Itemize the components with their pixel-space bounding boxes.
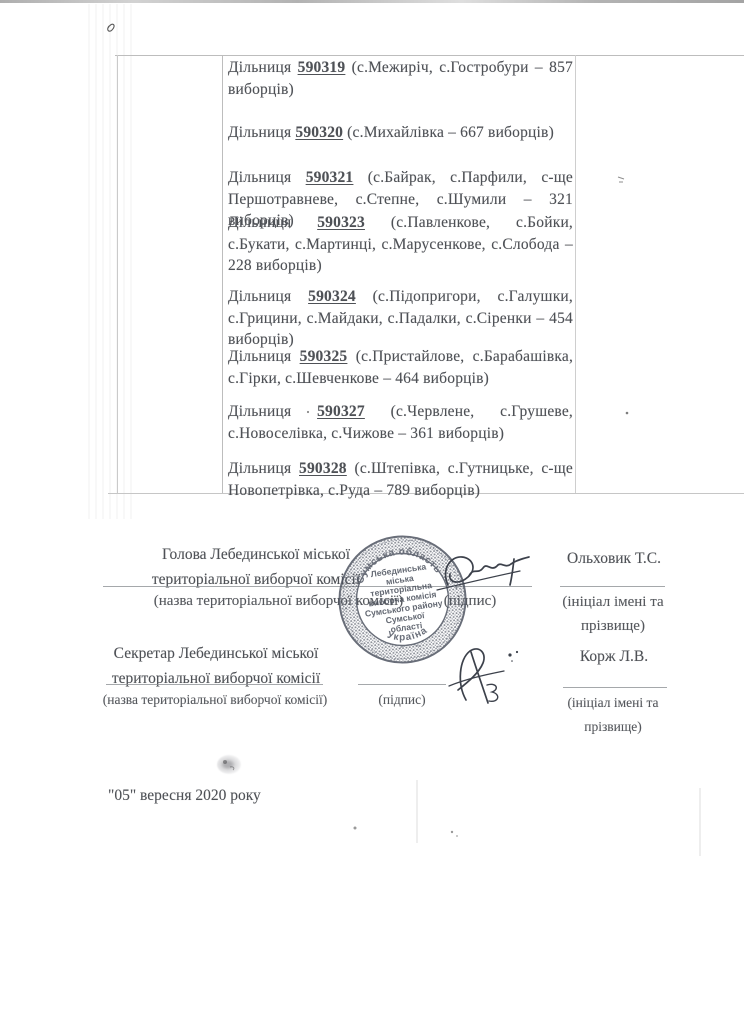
secretary-name-caption: (назва територіальної виборчої комісії) <box>100 688 330 712</box>
district-number: 590321 <box>306 169 354 186</box>
district-entry: Дільниця 590325 (с.Пристайлове, с.Бараба… <box>228 346 573 389</box>
secretary-title-line1: Секретар Лебединської міської <box>105 641 327 666</box>
scanned-document-page: Дільниця 590319 (с.Межиріч, с.Гостробури… <box>0 0 744 1024</box>
secretary-person-name: Корж Л.В. <box>553 644 675 669</box>
district-number: 590324 <box>308 288 356 305</box>
chairman-person-name: Ольховик Т.С. <box>553 546 675 571</box>
scan-streaks-artifact <box>88 4 132 519</box>
scan-edge-artifact <box>0 0 744 3</box>
district-number: 590320 <box>295 124 343 141</box>
stamp-arc-bottom-text: Україна <box>384 624 430 646</box>
district-entry: Дільниця 590327 (с.Червлене, с.Грушеве, … <box>228 401 573 444</box>
chairman-title: Голова Лебединської міської територіальн… <box>136 542 376 592</box>
chairman-sign-line <box>455 586 532 587</box>
secretary-person-caption-line2: прізвище) <box>552 715 674 739</box>
chairman-title-line1: Голова Лебединської міської <box>136 542 376 567</box>
district-label: Дільниця <box>228 460 291 477</box>
chairman-person-caption: (ініціал імені та прізвище) <box>552 590 674 638</box>
secretary-sign-line <box>358 684 446 685</box>
district-label: Дільниця <box>228 59 291 76</box>
table-column-divider-right <box>575 55 576 493</box>
district-entry: Дільниця 590320 (с.Михайлівка – 667 вибо… <box>228 122 573 144</box>
district-number: 590328 <box>299 460 347 477</box>
secretary-person-caption: (ініціал імені та прізвище) <box>552 691 674 739</box>
stamp-bottom-flourish <box>398 643 420 650</box>
district-entry: Дільниця 590328 (с.Штепівка, с.Гутницьке… <box>228 458 573 501</box>
district-label: Дільниця <box>228 403 291 420</box>
chairman-sign-caption: (підпис) <box>428 589 512 613</box>
chairman-person-caption-line1: (ініціал імені та <box>552 590 674 614</box>
table-column-divider-left <box>222 55 223 493</box>
chairman-person-caption-line2: прізвище) <box>552 614 674 638</box>
district-label: Дільниця <box>228 348 291 365</box>
table-top-border <box>115 55 744 56</box>
secretary-signature <box>449 649 518 703</box>
district-details: (с.Михайлівка – 667 виборців) <box>347 124 554 141</box>
district-label: Дільниця <box>228 169 291 186</box>
district-entry: Дільниця 590319 (с.Межиріч, с.Гостробури… <box>228 57 573 100</box>
district-number: 590325 <box>300 348 348 365</box>
district-label: Дільниця <box>228 214 291 231</box>
secretary-person-line <box>563 687 667 688</box>
district-label: Дільниця <box>228 124 291 141</box>
district-number: 590327 <box>317 403 365 420</box>
table-left-border <box>117 55 118 493</box>
district-number: 590323 <box>317 214 365 231</box>
document-date: "05" вересня 2020 року <box>108 787 261 805</box>
district-number: 590319 <box>298 59 346 76</box>
secretary-sign-caption: (підпис) <box>362 688 442 712</box>
ink-smudge-artifact <box>217 755 241 774</box>
chairman-name-caption: (назва територіальної виборчої комісії) <box>96 589 461 613</box>
chairman-name-line <box>103 586 451 587</box>
district-entry: Дільниця 590323 (с.Павленкове, с.Бойки, … <box>228 212 573 277</box>
district-label: Дільниця <box>228 288 291 305</box>
secretary-name-line <box>106 684 323 685</box>
chairman-person-line <box>560 586 665 587</box>
secretary-person-caption-line1: (ініціал імені та <box>552 691 674 715</box>
district-entry: Дільниця 590324 (с.Підопригори, с.Галушк… <box>228 286 573 351</box>
